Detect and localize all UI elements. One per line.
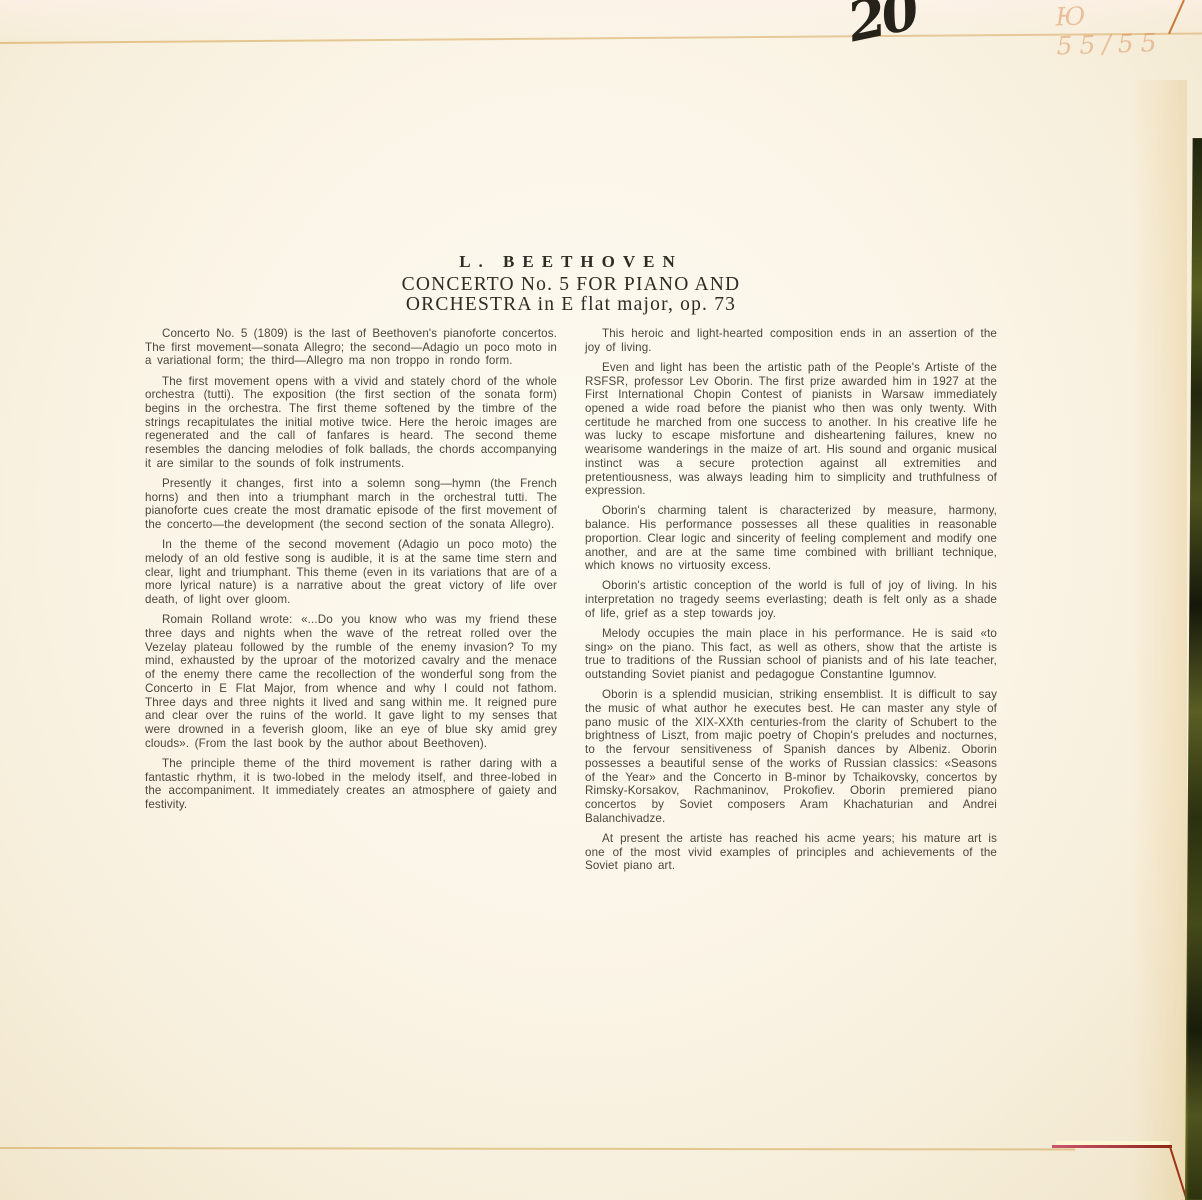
adjacent-sleeve-edge-strip xyxy=(1185,138,1202,1200)
paragraph: This heroic and light-hearted compositio… xyxy=(585,327,997,354)
paragraph: Even and light has been the artistic pat… xyxy=(585,361,997,498)
liner-notes: Concerto No. 5 (1809) is the last of Bee… xyxy=(145,327,997,873)
paragraph: The principle theme of the third movemen… xyxy=(145,757,557,812)
paper-edge-shading xyxy=(1132,80,1187,1200)
paragraph: At present the artiste has reached his a… xyxy=(585,832,997,873)
title-block: L. BEETHOVEN CONCERTO No. 5 FOR PIANO AN… xyxy=(145,252,997,315)
paragraph: The first movement opens with a vivid an… xyxy=(145,375,557,471)
composer-name: L. BEETHOVEN xyxy=(145,252,997,272)
paragraph: Oborin's charming talent is characterize… xyxy=(585,504,997,573)
liner-notes-right-column: This heroic and light-hearted compositio… xyxy=(585,327,997,873)
liner-notes-left-column: Concerto No. 5 (1809) is the last of Bee… xyxy=(145,327,557,873)
work-title-line-2: ORCHESTRA in E flat major, op. 73 xyxy=(145,295,997,315)
paragraph: Concerto No. 5 (1809) is the last of Bee… xyxy=(145,327,557,368)
record-sleeve-scan: 20 Ю 55/55 L. BEETHOVEN CONCERTO No. 5 F… xyxy=(0,0,1202,1200)
paragraph: Melody occupies the main place in his pe… xyxy=(585,627,997,682)
bottom-edge-red-line xyxy=(1052,1145,1172,1148)
sleeve-bottom-edge-line xyxy=(0,1147,1075,1150)
paragraph: Presently it changes, first into a solem… xyxy=(145,477,557,532)
work-title-line-1: CONCERTO No. 5 FOR PIANO AND xyxy=(145,275,997,295)
paragraph: Romain Rolland wrote: «...Do you know wh… xyxy=(145,613,557,750)
paragraph: In the theme of the second movement (Ada… xyxy=(145,538,557,607)
paragraph: Oborin's artistic conception of the worl… xyxy=(585,579,997,620)
paragraph: Oborin is a splendid musician, striking … xyxy=(585,688,997,825)
handwritten-number: 20 xyxy=(842,0,921,54)
